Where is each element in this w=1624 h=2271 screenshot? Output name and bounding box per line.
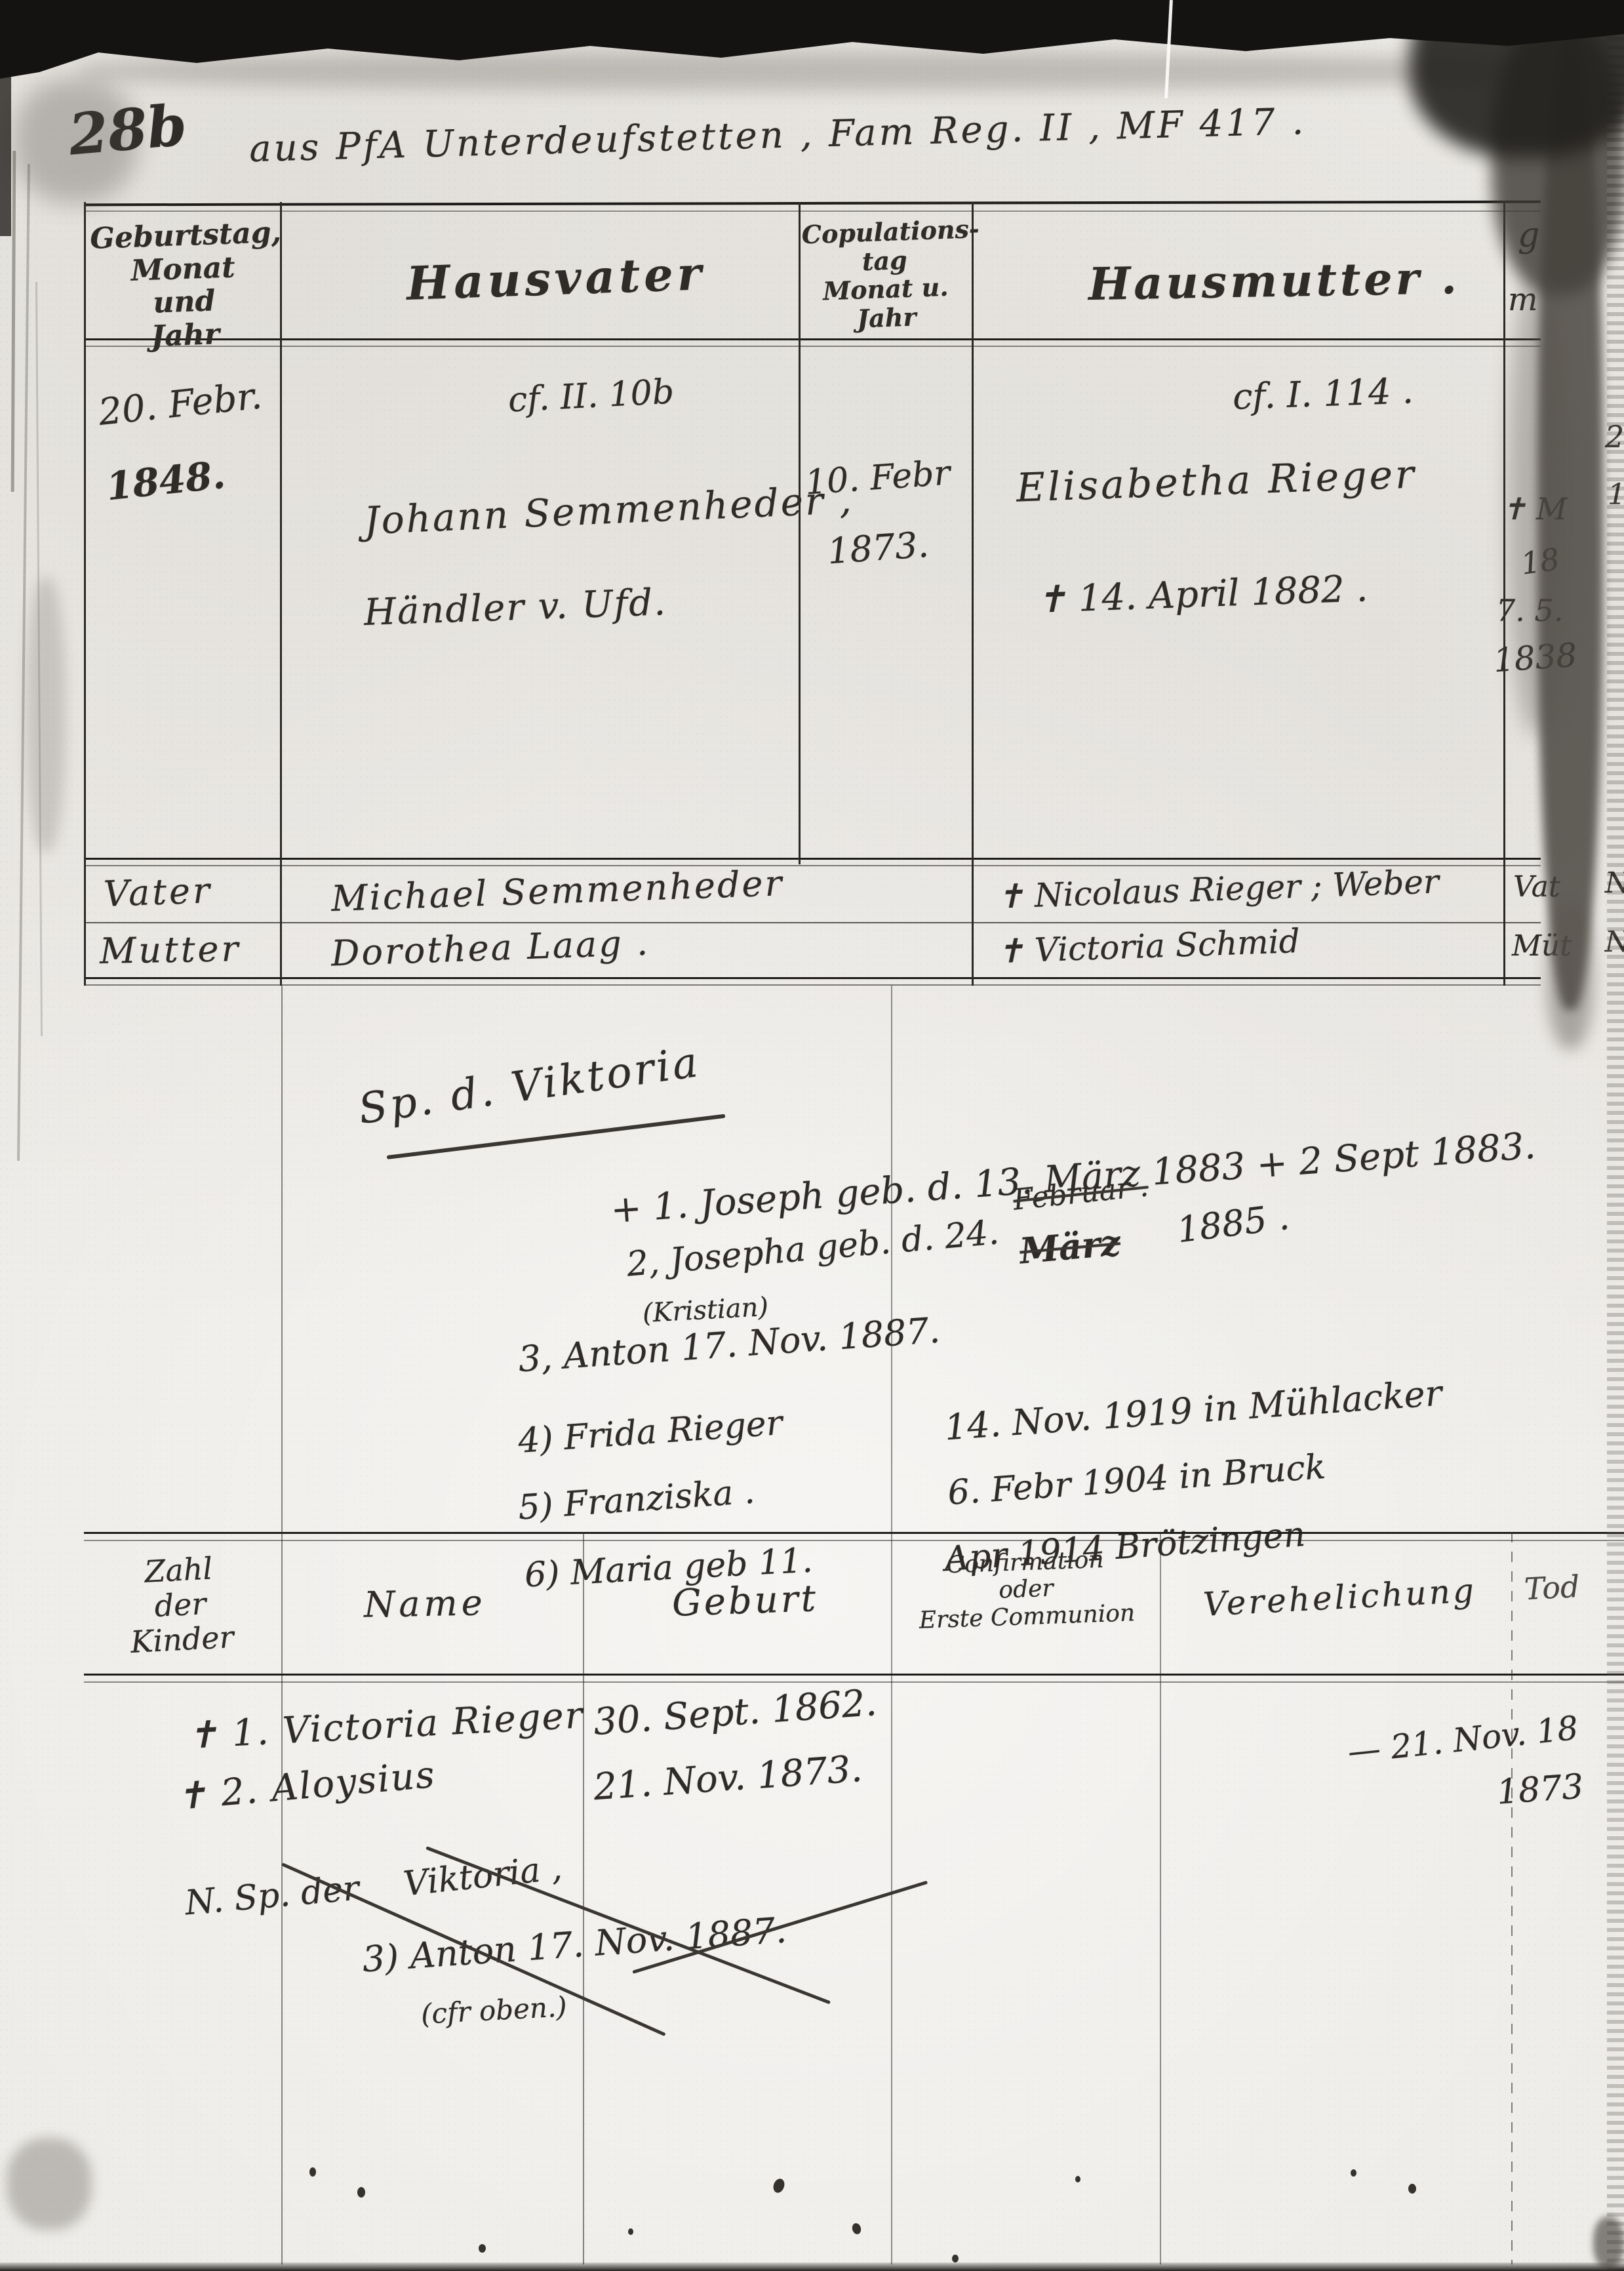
ink-speck — [851, 2222, 862, 2236]
header-confirmation-col: Confirmation oder Erste Communion — [894, 1544, 1159, 1635]
entry-copulation-line2: 1873. — [826, 525, 930, 573]
vater-mutter-divider-rule — [84, 922, 1541, 923]
scan-binding-band-tail — [1547, 905, 1593, 1049]
scan-left-smudge — [26, 577, 66, 853]
sponsa-note: Sp. d. Viktoria — [355, 1039, 703, 1135]
ink-speck — [952, 2255, 959, 2262]
entry-hausmutter-ref: cf. I. 114 . — [1232, 371, 1414, 418]
note-child-5-event: 6. Febr 1904 in Bruck — [947, 1448, 1327, 1514]
ink-speck — [479, 2244, 486, 2253]
table1-col3-divider — [972, 202, 974, 986]
note-child-4-name: 4) Frida Rieger — [517, 1404, 783, 1462]
marriage-note-line1: — 21. Nov. 18 — [1346, 1710, 1580, 1771]
entry-hausvater-ref: cf. II. 10b — [507, 372, 675, 420]
struck-note-viktoria: Viktoria , — [402, 1849, 564, 1904]
mutter-row-bottom-rule — [84, 977, 1541, 979]
table1-left-border — [84, 202, 86, 986]
vater-name: Michael Semmenheder — [330, 863, 784, 919]
ink-speck — [1351, 2169, 1357, 2177]
table2-top-rule-2 — [84, 1540, 1624, 1541]
source-note: aus PfA Unterdeufstetten , Fam Reg. II ,… — [248, 101, 1306, 171]
table2-top-rule — [84, 1532, 1624, 1534]
table2-col4-divider — [1160, 1532, 1161, 2264]
vater-row-top-rule — [84, 858, 1541, 860]
struck-note-line3: (cfr oben.) — [420, 1991, 568, 2030]
mutter-row-bottom-rule-2 — [84, 984, 1541, 986]
scan-right-edge-strip — [1607, 0, 1624, 2271]
child-row-2-name: ✝ 2. Aloysius — [174, 1754, 437, 1819]
table1-col2-divider — [799, 202, 801, 864]
middle-col1-divider — [281, 986, 283, 2264]
table2-header-bottom-rule — [84, 1674, 1624, 1676]
vater-label: Vater — [103, 870, 213, 915]
mutter-label: Mutter — [99, 929, 241, 972]
entry-hausmutter-name: Elisabetha Rieger — [1016, 452, 1417, 511]
scan-bottom-right-speckle — [1593, 2217, 1624, 2269]
scan-bottom-left-smudge — [7, 2138, 92, 2230]
ink-speck — [357, 2187, 365, 2198]
entry-copulation-line1: 10. Febr — [804, 454, 951, 503]
ink-speck — [1075, 2176, 1080, 2182]
hausmutter-vater: ✝ Nicolaus Rieger ; Weber — [996, 863, 1440, 916]
note-child-4-event: 14. Nov. 1919 in Mühlacker — [943, 1373, 1444, 1449]
header-hausmutter-col: Hausmutter . — [1088, 252, 1460, 310]
entry-hausvater-occupation: Händler v. Ufd. — [363, 582, 667, 634]
header-birth-col: Geburtstag, Monat und Jahr — [90, 216, 278, 355]
child-row-1-name: ✝ 1. Victoria Rieger — [186, 1695, 585, 1758]
scan-left-crease-3 — [11, 151, 16, 492]
mutter-name: Dorothea Laag . — [330, 923, 650, 975]
entry-hausmutter-death: ✝ 14. April 1882 . — [1035, 568, 1368, 622]
marriage-note-line2: 1873 — [1495, 1767, 1585, 1813]
ink-speck — [628, 2228, 633, 2235]
scan-top-speckle — [79, 51, 1554, 90]
scan-bottom-edge — [0, 2262, 1624, 2271]
note-child-2-suffix: 1885 . — [1175, 1197, 1292, 1251]
ink-speck — [1408, 2184, 1416, 2194]
note-child-2-struck-march: März — [1018, 1222, 1122, 1271]
struck-note-line1: N. Sp. der — [184, 1870, 361, 1924]
table1-header-bottom-rule-2 — [84, 346, 1541, 347]
header-geburt-col: Geburt — [671, 1578, 819, 1625]
header-count-col: Zahl der Kinder — [96, 1549, 265, 1662]
table2-col2-divider — [583, 1532, 584, 2264]
header-marriage-col: Verehelichung — [1202, 1572, 1477, 1624]
scan-top-left-speckle — [13, 79, 138, 203]
child-row-1-birth: 30. Sept. 1862. — [592, 1682, 878, 1744]
header-death-col-fragment: Tod — [1524, 1569, 1581, 1607]
hausmutter-mutter: ✝ Victoria Schmid — [996, 923, 1300, 971]
child-row-2-birth: 21. Nov. 1873. — [592, 1748, 863, 1809]
entry-hausvater-name: Johann Semmenheder , — [363, 478, 854, 543]
table1-top-rule — [84, 201, 1541, 207]
note-child-5-name: 5) Franziska . — [517, 1472, 756, 1528]
entry-birth-date-line2: 1848. — [104, 453, 228, 509]
header-copulation-col: Copulations- tag Monat u. Jahr — [801, 215, 969, 335]
entry-birth-date-line1: 20. Febr. — [96, 375, 264, 434]
header-hausvater-col: Hausvater — [406, 247, 706, 310]
table1-top-rule-2 — [84, 211, 1541, 212]
ink-speck — [772, 2177, 787, 2194]
scan-binding-band-mid — [1508, 275, 1567, 734]
ink-speck — [309, 2167, 316, 2177]
table1-header-bottom-rule — [84, 338, 1541, 340]
header-name-col: Name — [363, 1582, 486, 1625]
table2-col5-divider-dotted — [1511, 1532, 1513, 2264]
table1-col1-divider — [280, 202, 282, 986]
family-register-scan-page: 28b aus PfA Unterdeufstetten , Fam Reg. … — [0, 0, 1624, 2271]
